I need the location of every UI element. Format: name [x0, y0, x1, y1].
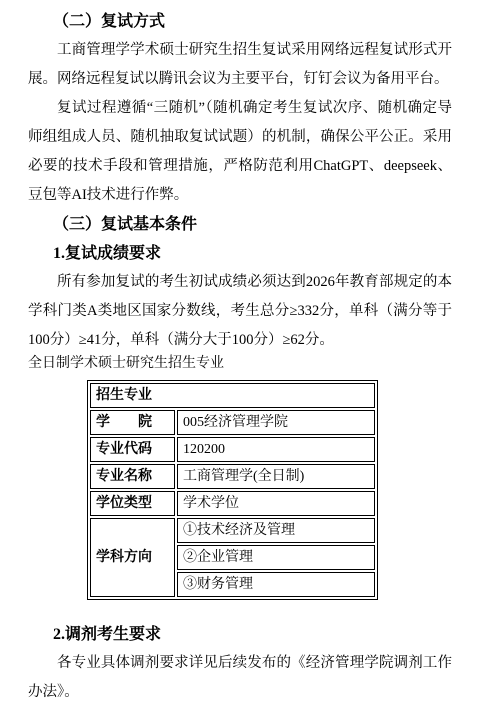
table-label-major-code: 专业代码 [90, 437, 175, 462]
table-value-direction-1: ①技术经济及管理 [177, 518, 375, 543]
table-label-major-name: 专业名称 [90, 464, 175, 489]
table-row-discipline-direction-1: 学科方向 ①技术经济及管理 [90, 518, 375, 543]
table-value-degree-type: 学术学位 [177, 491, 375, 516]
table-row-major-code: 专业代码 120200 [90, 437, 375, 462]
table-value-direction-3: ③财务管理 [177, 572, 375, 597]
table-value-direction-2: ②企业管理 [177, 545, 375, 570]
heading-retest-method: （二）复试方式 [28, 7, 452, 36]
paragraph-three-random-mechanism: 复试过程遵循“三随机”（随机确定考生复试次序、随机确定导师组组成人员、随机抽取复… [28, 94, 452, 210]
table-row-degree-type: 学位类型 学术学位 [90, 491, 375, 516]
table-label-college: 学 院 [90, 410, 175, 435]
heading-retest-basic-conditions: （三）复试基本条件 [28, 210, 452, 239]
subheading-transfer-requirement: 2.调剂考生要求 [28, 620, 452, 649]
document-page: （二）复试方式 工商管理学学术硕士研究生招生复试采用网络远程复试形式开展。网络远… [0, 0, 482, 720]
table-label-discipline-direction: 学科方向 [90, 518, 175, 597]
paragraph-transfer-requirement: 各专业具体调剂要求详见后续发布的《经济管理学院调剂工作办法》。 [28, 649, 452, 707]
table-value-major-code: 120200 [177, 437, 375, 462]
paragraph-score-requirement: 所有参加复试的考生初试成绩必须达到2026年教育部规定的本学科门类A类地区国家分… [28, 268, 452, 355]
admission-program-table: 招生专业 学 院 005经济管理学院 专业代码 120200 专业名称 工商管理… [87, 380, 378, 600]
table-label-degree-type: 学位类型 [90, 491, 175, 516]
table-row-college: 学 院 005经济管理学院 [90, 410, 375, 435]
table-value-major-name: 工商管理学(全日制) [177, 464, 375, 489]
table-value-college: 005经济管理学院 [177, 410, 375, 435]
table-row-major-name: 专业名称 工商管理学(全日制) [90, 464, 375, 489]
paragraph-retest-platform: 工商管理学学术硕士研究生招生复试采用网络远程复试形式开展。网络远程复试以腾讯会议… [28, 36, 452, 94]
table-row-header: 招生专业 [90, 383, 375, 408]
subheading-score-requirement: 1.复试成绩要求 [28, 239, 452, 268]
table-header-cell-program: 招生专业 [90, 383, 375, 408]
